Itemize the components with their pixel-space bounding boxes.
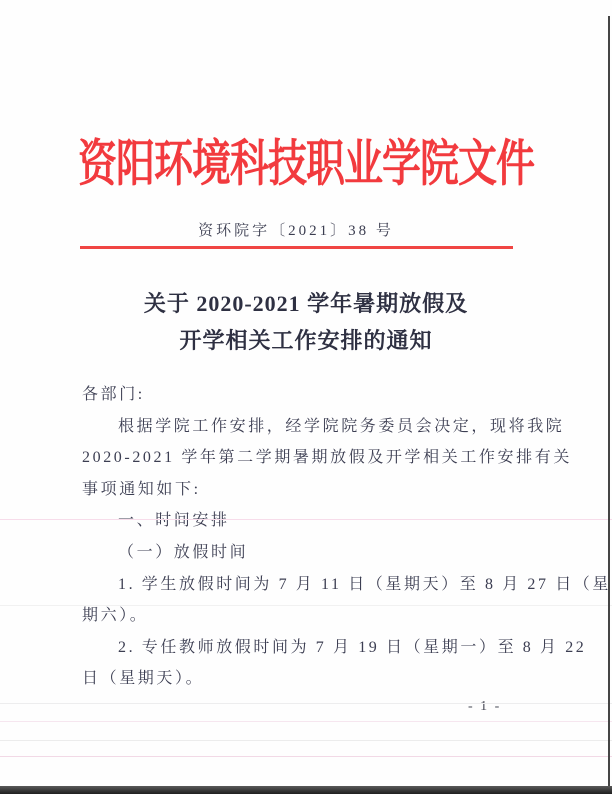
doc-number: 资环院字〔2021〕38 号 [80, 219, 512, 240]
scan-artifact-line [0, 605, 612, 606]
scan-artifact-line [0, 721, 612, 722]
body-line-intro-2: 2020-2021 学年第二学期暑期放假及开学相关工作安排有关 [82, 442, 536, 474]
scanned-document-page: 资阳环境科技职业学院文件 资环院字〔2021〕38 号 关于 2020-2021… [0, 0, 612, 794]
body-line-salutation: 各部门: [82, 379, 536, 411]
red-separator-line [80, 246, 513, 249]
scan-artifact-line [0, 703, 612, 704]
scan-artifact-line [0, 740, 612, 741]
scan-border-bottom [0, 786, 612, 794]
notice-title-line1: 关于 2020-2021 学年暑期放假及 [0, 285, 612, 322]
body-line-intro-1: 根据学院工作安排，经学院院务委员会决定，现将我院 [82, 411, 536, 443]
notice-title: 关于 2020-2021 学年暑期放假及 开学相关工作安排的通知 [0, 285, 612, 359]
notice-title-line2: 开学相关工作安排的通知 [0, 322, 612, 359]
scan-artifact-line [0, 756, 612, 757]
body-line-section-1: 一、时间安排 [82, 505, 536, 537]
body-line-item-2b: 日（星期天）。 [82, 663, 536, 695]
body-line-item-1a: 1. 学生放假时间为 7 月 11 日（星期天）至 8 月 27 日（星 [82, 569, 536, 601]
scan-artifact-line [0, 519, 612, 520]
page-number: - 1 - [468, 699, 501, 715]
org-title: 资阳环境科技职业学院文件 [0, 124, 612, 196]
notice-body: 各部门: 根据学院工作安排，经学院院务委员会决定，现将我院 2020-2021 … [82, 379, 536, 695]
body-line-intro-3: 事项通知如下: [82, 474, 536, 506]
body-line-subsection-1: （一）放假时间 [82, 537, 536, 569]
scan-border-right [608, 16, 610, 794]
body-line-item-2a: 2. 专任教师放假时间为 7 月 19 日（星期一）至 8 月 22 [82, 632, 536, 664]
